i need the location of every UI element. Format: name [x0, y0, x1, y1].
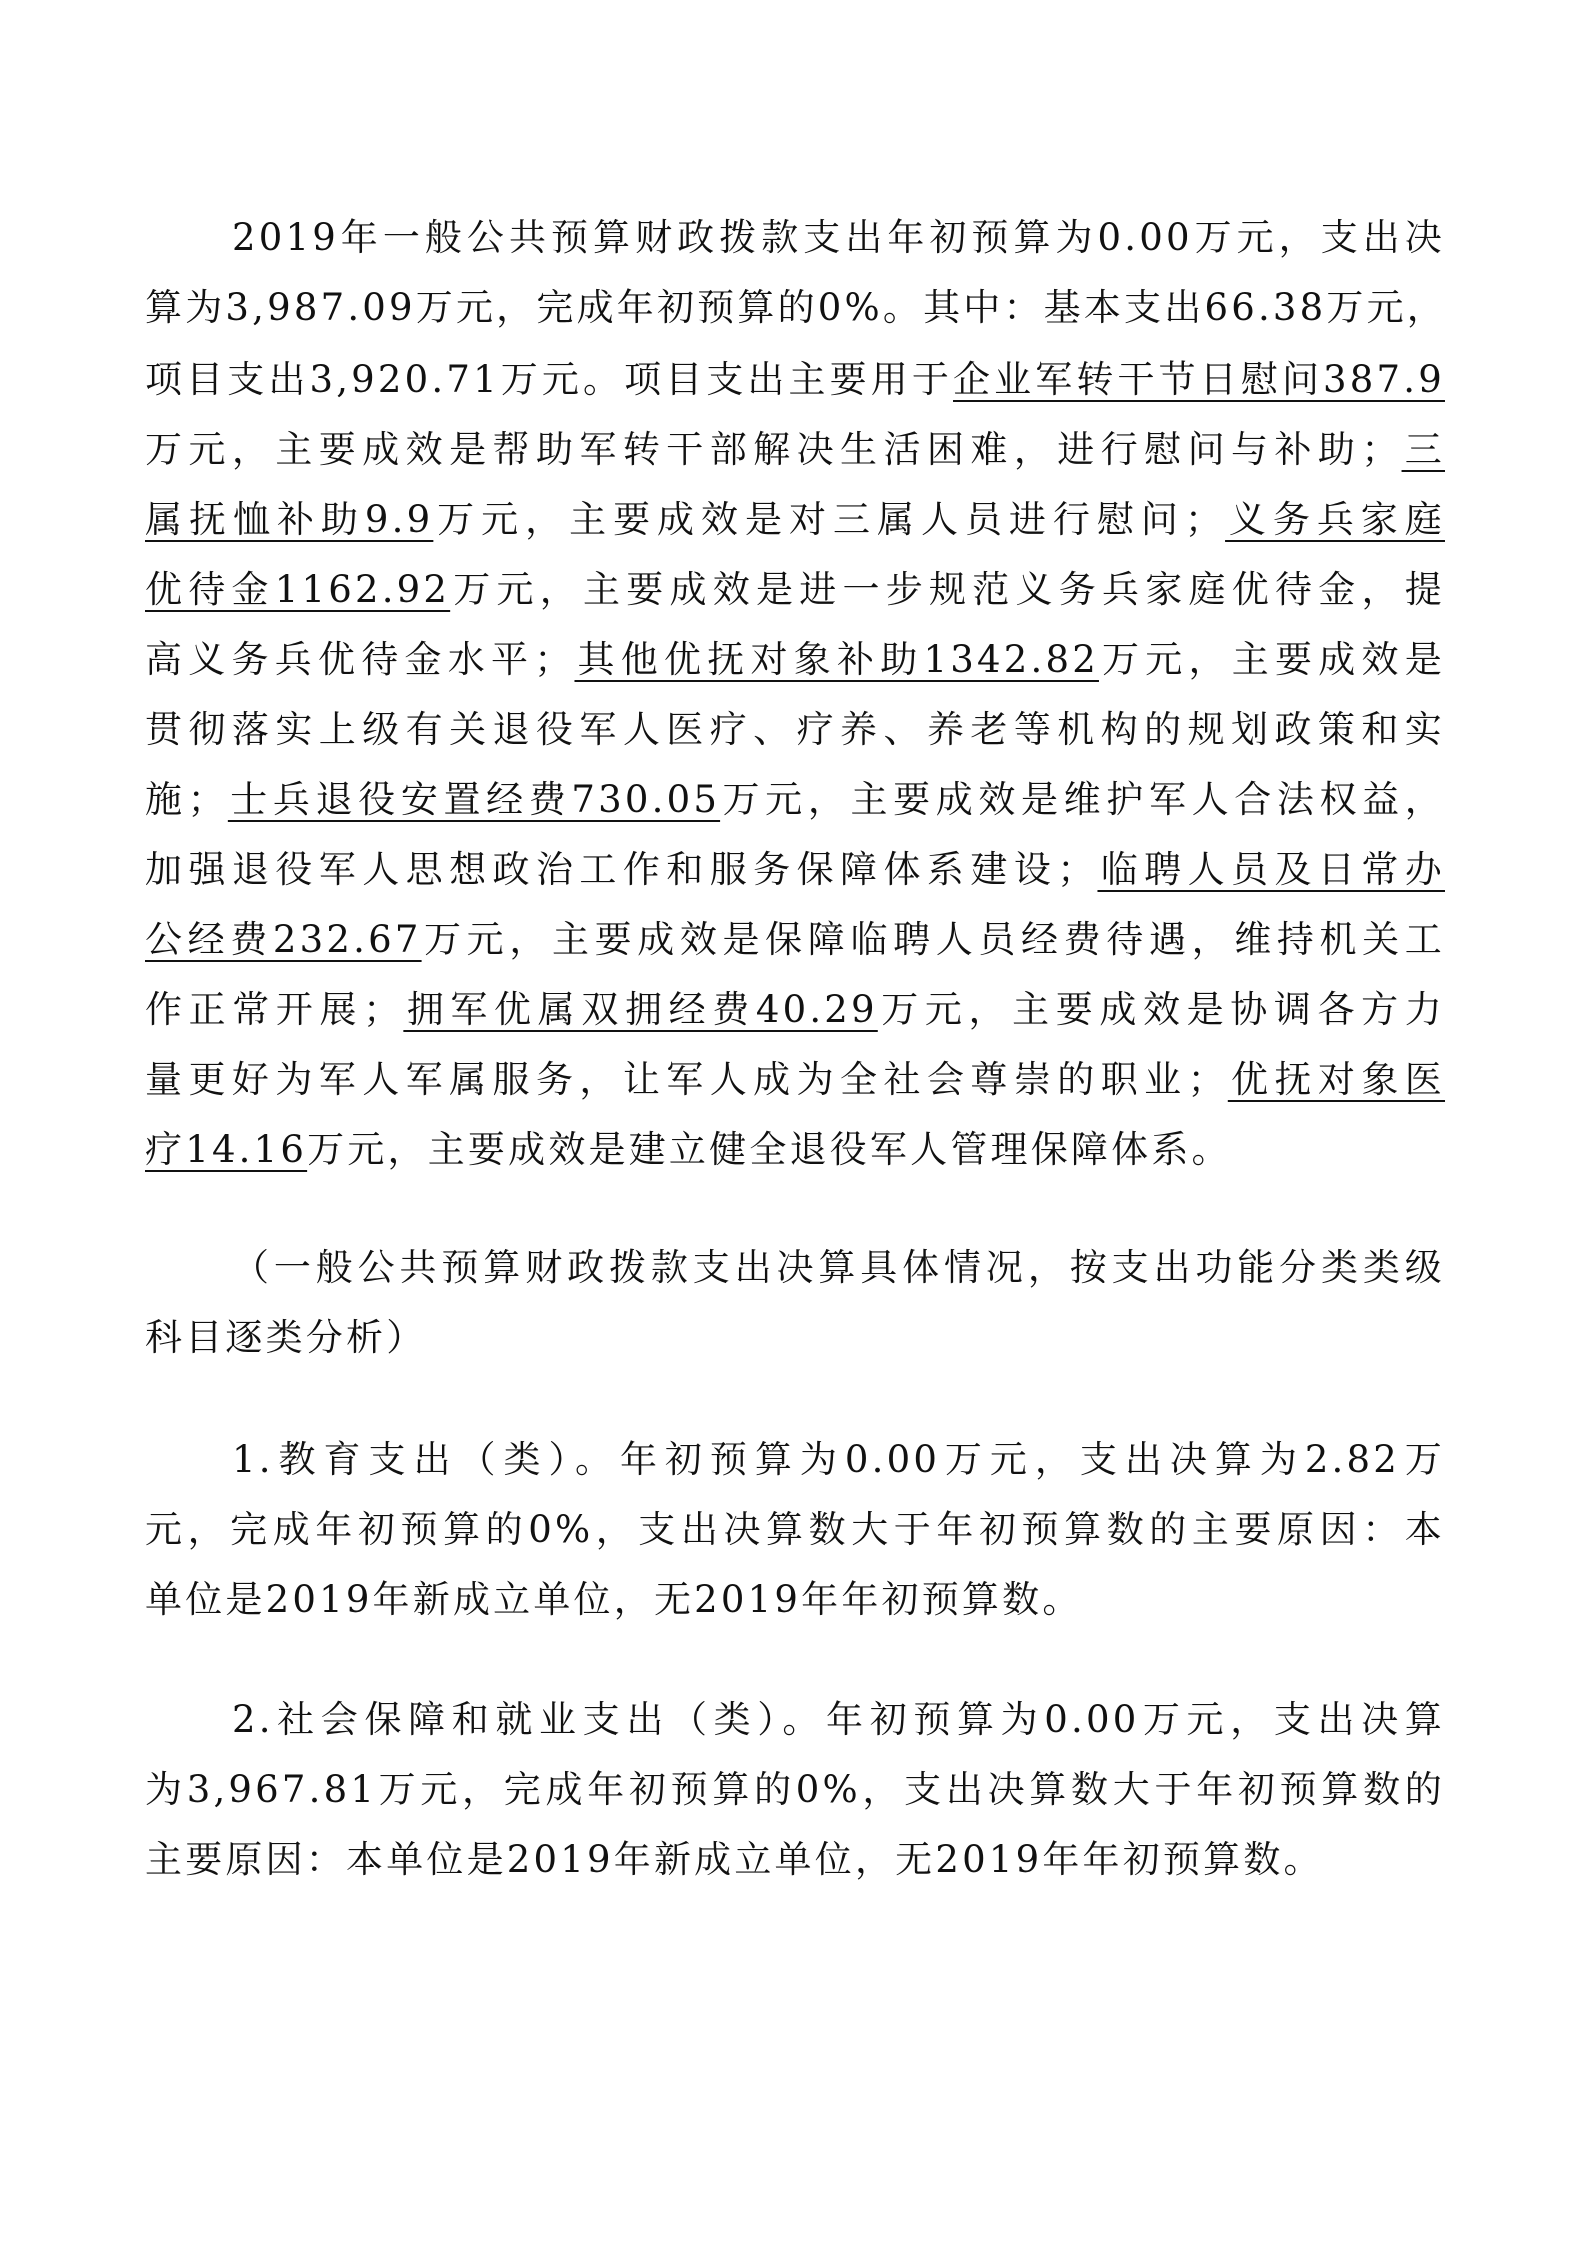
underlined-project-item: 三: [1402, 428, 1445, 471]
text-segment: 主要原因：本单位是2019年新成立单位，无2019年年初预算数。: [145, 1838, 1324, 1881]
text-line: 2.社会保障和就业支出（类）。年初预算为0.00万元，支出决算: [232, 1690, 1445, 1750]
text-line: 单位是2019年新成立单位，无2019年年初预算数。: [145, 1570, 1445, 1630]
underlined-project-item: 拥军优属双拥经费40.29: [403, 988, 877, 1031]
text-line: （一般公共预算财政拨款支出决算具体情况，按支出功能分类类级: [232, 1238, 1445, 1298]
underlined-project-item: 士兵退役安置经费730.05: [228, 778, 720, 821]
underlined-project-item: 疗14.16: [145, 1128, 307, 1171]
text-segment: 项目支出3,920.71万元。项目支出主要用于: [145, 358, 953, 401]
text-segment: 元，完成年初预算的0%，支出决算数大于年初预算数的主要原因：本: [145, 1508, 1445, 1551]
text-line: 2019年一般公共预算财政拨款支出年初预算为0.00万元，支出决: [232, 208, 1445, 268]
underlined-project-item: 优抚对象医: [1228, 1058, 1445, 1101]
underlined-project-item: 义务兵家庭: [1225, 498, 1445, 541]
text-segment: 贯彻落实上级有关退役军人医疗、疗养、养老等机构的规划政策和实: [145, 708, 1445, 751]
text-segment: 量更好为军人军属服务，让军人成为全社会尊崇的职业；: [145, 1058, 1228, 1101]
text-segment: 万元，主要成效是协调各方力: [878, 988, 1445, 1031]
text-segment: 科目逐类分析）: [145, 1316, 426, 1359]
text-segment: 作正常开展；: [145, 988, 403, 1031]
text-segment: 万元，主要成效是: [1099, 638, 1445, 681]
text-segment: 加强退役军人思想政治工作和服务保障体系建设；: [145, 848, 1097, 891]
text-segment: 单位是2019年新成立单位，无2019年年初预算数。: [145, 1578, 1083, 1621]
text-line: 高义务兵优待金水平；其他优抚对象补助1342.82万元，主要成效是: [145, 630, 1445, 690]
underlined-project-item: 企业军转干节日慰问387.9: [953, 358, 1445, 401]
text-segment: （一般公共预算财政拨款支出决算具体情况，按支出功能分类类级: [232, 1246, 1445, 1289]
text-line: 优待金1162.92万元，主要成效是进一步规范义务兵家庭优待金，提: [145, 560, 1445, 620]
text-segment: 万元，主要成效是进一步规范义务兵家庭优待金，提: [450, 568, 1445, 611]
text-segment: 2019年一般公共预算财政拨款支出年初预算为0.00万元，支出决: [232, 216, 1445, 259]
text-line: 施；士兵退役安置经费730.05万元，主要成效是维护军人合法权益，: [145, 770, 1445, 830]
text-line: 算为3,987.09万元，完成年初预算的0%。其中：基本支出66.38万元，: [145, 278, 1445, 338]
text-segment: 1.教育支出（类）。年初预算为0.00万元，支出决算为2.82万: [232, 1438, 1445, 1481]
underlined-project-item: 临聘人员及日常办: [1097, 848, 1445, 891]
text-line: 量更好为军人军属服务，让军人成为全社会尊崇的职业；优抚对象医: [145, 1050, 1445, 1110]
text-line: 为3,967.81万元，完成年初预算的0%，支出决算数大于年初预算数的: [145, 1760, 1445, 1820]
text-segment: 万元，主要成效是保障临聘人员经费待遇，维持机关工: [422, 918, 1445, 961]
text-line: 公经费232.67万元，主要成效是保障临聘人员经费待遇，维持机关工: [145, 910, 1445, 970]
text-segment: 为3,967.81万元，完成年初预算的0%，支出决算数大于年初预算数的: [145, 1768, 1445, 1811]
text-segment: 万元，主要成效是建立健全退役军人管理保障体系。: [307, 1128, 1232, 1171]
text-segment: 万元，主要成效是维护军人合法权益，: [720, 778, 1445, 821]
text-segment: 施；: [145, 778, 228, 821]
underlined-project-item: 公经费232.67: [145, 918, 422, 961]
text-line: 属抚恤补助9.9万元，主要成效是对三属人员进行慰问；义务兵家庭: [145, 490, 1445, 550]
text-line: 科目逐类分析）: [145, 1308, 1445, 1368]
text-segment: 高义务兵优待金水平；: [145, 638, 574, 681]
text-segment: 2.社会保障和就业支出（类）。年初预算为0.00万元，支出决算: [232, 1698, 1445, 1741]
text-line: 主要原因：本单位是2019年新成立单位，无2019年年初预算数。: [145, 1830, 1445, 1890]
text-line: 元，完成年初预算的0%，支出决算数大于年初预算数的主要原因：本: [145, 1500, 1445, 1560]
text-line: 项目支出3,920.71万元。项目支出主要用于企业军转干节日慰问387.9: [145, 350, 1445, 410]
text-line: 加强退役军人思想政治工作和服务保障体系建设；临聘人员及日常办: [145, 840, 1445, 900]
document-page: 2019年一般公共预算财政拨款支出年初预算为0.00万元，支出决 算为3,987…: [0, 0, 1587, 2245]
text-line: 作正常开展；拥军优属双拥经费40.29万元，主要成效是协调各方力: [145, 980, 1445, 1040]
text-line: 疗14.16万元，主要成效是建立健全退役军人管理保障体系。: [145, 1120, 1445, 1180]
text-line: 万元，主要成效是帮助军转干部解决生活困难，进行慰问与补助；三: [145, 420, 1445, 480]
text-segment: 万元，主要成效是帮助军转干部解决生活困难，进行慰问与补助；: [145, 428, 1402, 471]
underlined-project-item: 其他优抚对象补助1342.82: [574, 638, 1098, 681]
text-line: 1.教育支出（类）。年初预算为0.00万元，支出决算为2.82万: [232, 1430, 1445, 1490]
text-segment: 算为3,987.09万元，完成年初预算的0%。其中：基本支出66.38万元，: [145, 286, 1447, 329]
text-segment: 万元，主要成效是对三属人员进行慰问；: [433, 498, 1225, 541]
underlined-project-item: 属抚恤补助9.9: [145, 498, 433, 541]
text-line: 贯彻落实上级有关退役军人医疗、疗养、养老等机构的规划政策和实: [145, 700, 1445, 760]
underlined-project-item: 优待金1162.92: [145, 568, 450, 611]
